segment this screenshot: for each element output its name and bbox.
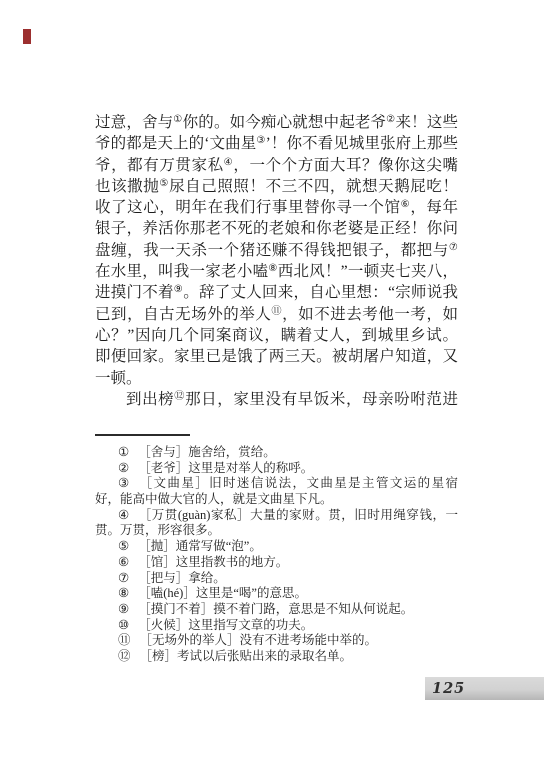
text-line: 已到，自古无场外的举人⑪，如不进去考他一考，如何甘 bbox=[95, 304, 458, 325]
footnote-number: ⑨ bbox=[118, 602, 129, 616]
footnote-line: ⑧［嗑(hé)］这里是“喝”的意思。 bbox=[95, 586, 458, 602]
footnote-number: ① bbox=[118, 445, 129, 459]
footnote-continuation-line: 贯。万贯，形容很多。 bbox=[95, 523, 458, 539]
footnote-text: ［嗑(hé)］这里是“喝”的意思。 bbox=[138, 586, 307, 600]
footnote-text: 贯。万贯，形容很多。 bbox=[95, 523, 220, 537]
footnote-number: ⑪ bbox=[118, 633, 131, 647]
text-line: 过意，舍与①你的。如今痴心就想中起老爷②来！这些中老 bbox=[95, 112, 458, 133]
text-line: 也该撒抛⑤尿自己照照！不三不四，就想天鹅屁吃！趁早 bbox=[95, 176, 458, 197]
text-line: 心？”因向几个同案商议，瞒着丈人，到城里乡试。出了场， bbox=[95, 325, 458, 346]
text-line-paragraph-end: 一顿。 bbox=[95, 368, 458, 389]
footnote-line: ⑨［摸门不着］摸不着门路，意思是不知从何说起。 bbox=[95, 602, 458, 618]
footnote-continuation-line: 好，能高中做大官的人，就是文曲星下凡。 bbox=[95, 492, 458, 508]
footnote-number: ⑦ bbox=[118, 571, 129, 585]
footnote-number: ③ bbox=[118, 476, 131, 490]
footnote-text: ［摸门不着］摸不着门路，意思是不知从何说起。 bbox=[138, 602, 413, 616]
footnote-number: ⑩ bbox=[118, 618, 129, 632]
footnote-line: ⑫［榜］考试以后张贴出来的录取名单。 bbox=[95, 649, 458, 665]
page-number-bar: 125 bbox=[425, 677, 544, 700]
footnotes-block: ①［舍与］施舍给，赏给。 ②［老爷］这里是对举人的称呼。 ③［文曲星］旧时迷信说… bbox=[95, 445, 458, 665]
text-line: 进摸门不着⑨。辞了丈人回来，自心里想：“宗师说我火候⑩ bbox=[95, 282, 458, 303]
footnote-text: ［榜］考试以后张贴出来的录取名单。 bbox=[140, 649, 353, 663]
text-line: 银子，养活你那老不死的老娘和你老婆是正经！你问我借 bbox=[95, 218, 458, 239]
footnote-line: ②［老爷］这里是对举人的称呼。 bbox=[95, 461, 458, 477]
footnote-line: ③［文曲星］旧时迷信说法，文曲星是主管文运的星宿(xiù)；文章写得 bbox=[95, 476, 458, 492]
text-line: 在水里，叫我一家老小嗑⑧西北风！”一顿夹七夹八，骂的范 bbox=[95, 261, 458, 282]
footnote-number: ⑤ bbox=[118, 539, 129, 553]
footnote-text: ［火候］这里指写文章的功夫。 bbox=[138, 618, 313, 632]
main-text-block: 过意，舍与①你的。如今痴心就想中起老爷②来！这些中老 爷的都是天上的‘文曲星③’… bbox=[95, 112, 458, 410]
footnote-text: ［馆］这里指教书的地方。 bbox=[138, 555, 288, 569]
footnote-line: ⑤［抛］通常写做“泡”。 bbox=[95, 539, 458, 555]
footnote-text: ［无场外的举人］没有不进考场能中举的。 bbox=[140, 633, 378, 647]
footnote-line: ⑦［把与］拿给。 bbox=[95, 571, 458, 587]
footnote-text: ［文曲星］旧时迷信说法，文曲星是主管文运的星宿(xiù)；文章写得 bbox=[118, 476, 458, 492]
text-line-paragraph-start: 到出榜⑫那日，家里没有早饭米，母亲吩咐范进道：“我 bbox=[95, 389, 458, 410]
footnote-line: ①［舍与］施舍给，赏给。 bbox=[95, 445, 458, 461]
footnote-line: ④［万贯(guàn)家私］大量的家财。贯，旧时用绳穿钱，一千个钱称为一 bbox=[95, 508, 458, 524]
text-line: 收了这心，明年在我们行事里替你寻一个馆⑥，每年寻几两 bbox=[95, 197, 458, 218]
footnote-line: ⑥［馆］这里指教书的地方。 bbox=[95, 555, 458, 571]
book-page: 过意，舍与①你的。如今痴心就想中起老爷②来！这些中老 爷的都是天上的‘文曲星③’… bbox=[0, 0, 550, 778]
text-line: 即便回家。家里已是饿了两三天。被胡屠户知道，又骂了 bbox=[95, 346, 458, 367]
footnote-number: ⑥ bbox=[118, 555, 129, 569]
text-line: 爷，都有万贯家私④，一个个方面大耳？像你这尖嘴猴腮， bbox=[95, 155, 458, 176]
footnote-text: ［老爷］这里是对举人的称呼。 bbox=[138, 461, 313, 475]
footnote-text: 好，能高中做大官的人，就是文曲星下凡。 bbox=[95, 492, 333, 506]
footnote-line: ⑪［无场外的举人］没有不进考场能中举的。 bbox=[95, 633, 458, 649]
footnote-text: ［抛］通常写做“泡”。 bbox=[138, 539, 262, 553]
page-number: 125 bbox=[432, 680, 465, 697]
red-edge-mark bbox=[23, 29, 31, 44]
text-line: 盘缠，我一天杀一个猪还赚不得钱把银子，都把与⑦你去丢 bbox=[95, 240, 458, 261]
footnote-number: ⑫ bbox=[118, 649, 131, 663]
footnote-text: ［万贯(guàn)家私］大量的家财。贯，旧时用绳穿钱，一千个钱称为一 bbox=[118, 508, 458, 524]
text-line: 爷的都是天上的‘文曲星③’！你不看见城里张府上那些老 bbox=[95, 133, 458, 154]
footnote-text: ［把与］拿给。 bbox=[138, 571, 226, 585]
footnote-number: ② bbox=[118, 461, 129, 475]
footnote-separator-rule bbox=[95, 434, 190, 436]
footnote-number: ⑧ bbox=[118, 586, 129, 600]
footnote-text: ［舍与］施舍给，赏给。 bbox=[138, 445, 276, 459]
footnote-line: ⑩［火候］这里指写文章的功夫。 bbox=[95, 618, 458, 634]
footnote-number: ④ bbox=[118, 508, 130, 522]
